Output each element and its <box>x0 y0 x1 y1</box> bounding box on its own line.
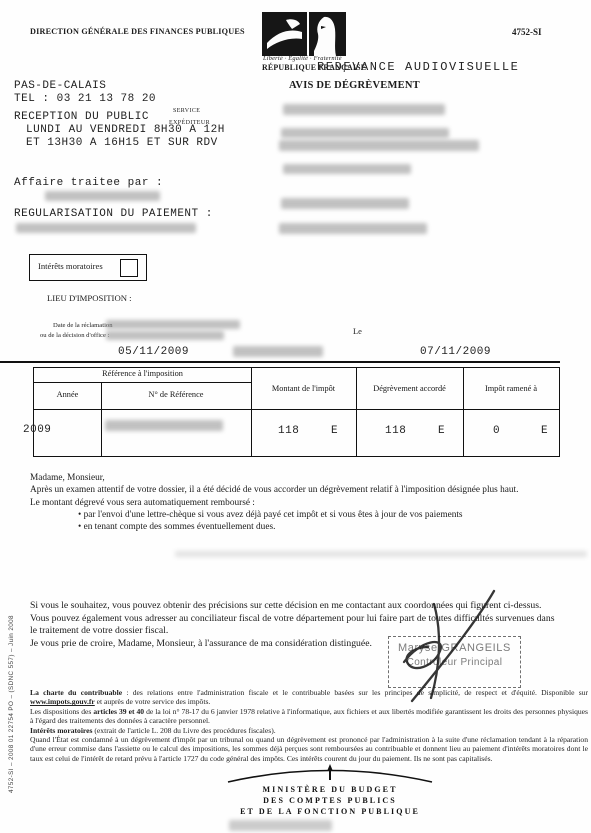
redacted-recipient-line <box>283 164 411 174</box>
interets-text: (extrait de l'article L. 208 du Livre de… <box>93 726 276 735</box>
body-paragraph: Madame, Monsieur, Après un examen attent… <box>30 472 575 533</box>
redacted-footer-bar <box>229 820 332 831</box>
ministry-block: MINISTÈRE DU BUDGET DES COMPTES PUBLICS … <box>180 758 480 817</box>
redacted-between-dates <box>233 346 323 357</box>
claim-date-value: 05/11/2009 <box>118 346 189 358</box>
amount-unit: E <box>331 425 338 437</box>
year-value: 2009 <box>23 424 51 436</box>
interets-moratoires-checkbox[interactable] <box>120 259 138 277</box>
redacted-recipient-line <box>283 104 445 115</box>
table-divider <box>463 368 464 456</box>
table-header-relief: Dégrèvement accordé <box>356 384 463 393</box>
redacted-smudge <box>175 551 587 557</box>
redacted-agent-name <box>45 191 160 201</box>
redacted-recipient-line <box>281 198 409 209</box>
table-header-year: Année <box>34 390 101 399</box>
lieu-imposition-label: LIEU D'IMPOSITION : <box>47 293 132 303</box>
relief-unit: E <box>438 425 445 437</box>
handled-by-label: Affaire traitee par : <box>14 177 163 189</box>
scanned-tax-notice: DIRECTION GÉNÉRALE DES FINANCES PUBLIQUE… <box>0 0 591 833</box>
redacted-recipient-line <box>281 128 449 138</box>
table-group-header: Référence à l'imposition <box>34 369 251 378</box>
redacted-tax-reference <box>105 420 223 431</box>
regularisation-label: REGULARISATION DU PAIEMENT : <box>14 208 213 220</box>
redacted-regularisation-detail <box>16 223 196 233</box>
print-reference-edge-note: 4752-SI – 2008 01 22754 PO – (SDNC 557) … <box>8 615 15 793</box>
body-line: Le montant dégrevé vous sera automatique… <box>30 497 575 509</box>
claim-date-label-line2: ou de la décision d'office : <box>40 332 109 339</box>
redacted-date-note <box>106 331 224 340</box>
table-divider <box>356 368 357 456</box>
opening-hours-line1: LUNDI AU VENDREDI 8H30 A 12H <box>26 124 225 136</box>
dates-underline <box>0 361 560 363</box>
body-line: Après un examen attentif de votre dossie… <box>30 484 575 496</box>
ministry-name-line1: MINISTÈRE DU BUDGET <box>180 784 480 795</box>
redacted-recipient-line <box>279 140 479 151</box>
charte-text-end: et auprès de votre service des impôts. <box>95 697 211 706</box>
agency-name: DIRECTION GÉNÉRALE DES FINANCES PUBLIQUE… <box>30 27 265 36</box>
notice-title: AVIS DE DÉGRÈVEMENT <box>289 80 420 91</box>
interets-bold: Intérêts moratoires <box>30 726 93 735</box>
le-label: Le <box>353 327 362 336</box>
phone-number: TEL : 03 21 13 78 20 <box>14 93 156 105</box>
redacted-date-note <box>106 320 240 329</box>
reception-title: RECEPTION DU PUBLIC <box>14 111 149 123</box>
claim-date-label-line1: Date de la réclamation <box>53 322 113 329</box>
cnil-text: Les dispositions des <box>30 707 93 716</box>
table-divider <box>251 368 252 456</box>
reduced-value: 0 <box>493 425 500 437</box>
table-header-reference: N° de Référence <box>101 390 251 399</box>
handwritten-signature <box>372 588 542 713</box>
form-reference: 4752-SI <box>512 27 542 37</box>
charte-bold: La charte du contribuable <box>30 688 122 697</box>
decision-date-value: 07/11/2009 <box>420 346 491 358</box>
impots-gouv-link[interactable]: www.impots.gouv.fr <box>30 697 95 706</box>
body-bullet: • par l'envoi d'une lettre-chèque si vou… <box>30 509 575 521</box>
interets-moratoires-label: Intérêts moratoires <box>38 261 103 271</box>
body-bullet: • en tenant compte des sommes éventuelle… <box>30 521 575 533</box>
interets-moratoires-box: Intérêts moratoires <box>29 254 147 281</box>
relief-value: 118 <box>385 425 406 437</box>
table-divider <box>34 382 251 383</box>
department: PAS-DE-CALAIS <box>14 80 106 92</box>
service-expediteur-label-line1: SERVICE <box>173 108 200 114</box>
salutation: Madame, Monsieur, <box>30 472 575 484</box>
marianne-logo-icon <box>262 12 346 61</box>
ministry-name-line2: DES COMPTES PUBLICS <box>180 795 480 806</box>
table-divider <box>34 409 559 410</box>
table-header-reduced: Impôt ramené à <box>463 384 559 393</box>
table-header-amount: Montant de l'impôt <box>251 384 356 393</box>
cnil-bold: articles 39 et 40 <box>93 707 144 716</box>
reduced-unit: E <box>541 425 548 437</box>
document-type: REDEVANCE AUDIOVISUELLE <box>317 60 519 74</box>
redacted-recipient-line <box>279 223 427 234</box>
ministry-name-line3: ET DE LA FONCTION PUBLIQUE <box>180 806 480 817</box>
ministry-arc-icon <box>180 758 480 784</box>
amount-value: 118 <box>278 425 299 437</box>
interets-heading-paragraph: Intérêts moratoires (extrait de l'articl… <box>30 726 588 735</box>
opening-hours-line2: ET 13H30 A 16H15 ET SUR RDV <box>26 137 218 149</box>
relief-table: Référence à l'imposition Année N° de Réf… <box>33 367 560 457</box>
